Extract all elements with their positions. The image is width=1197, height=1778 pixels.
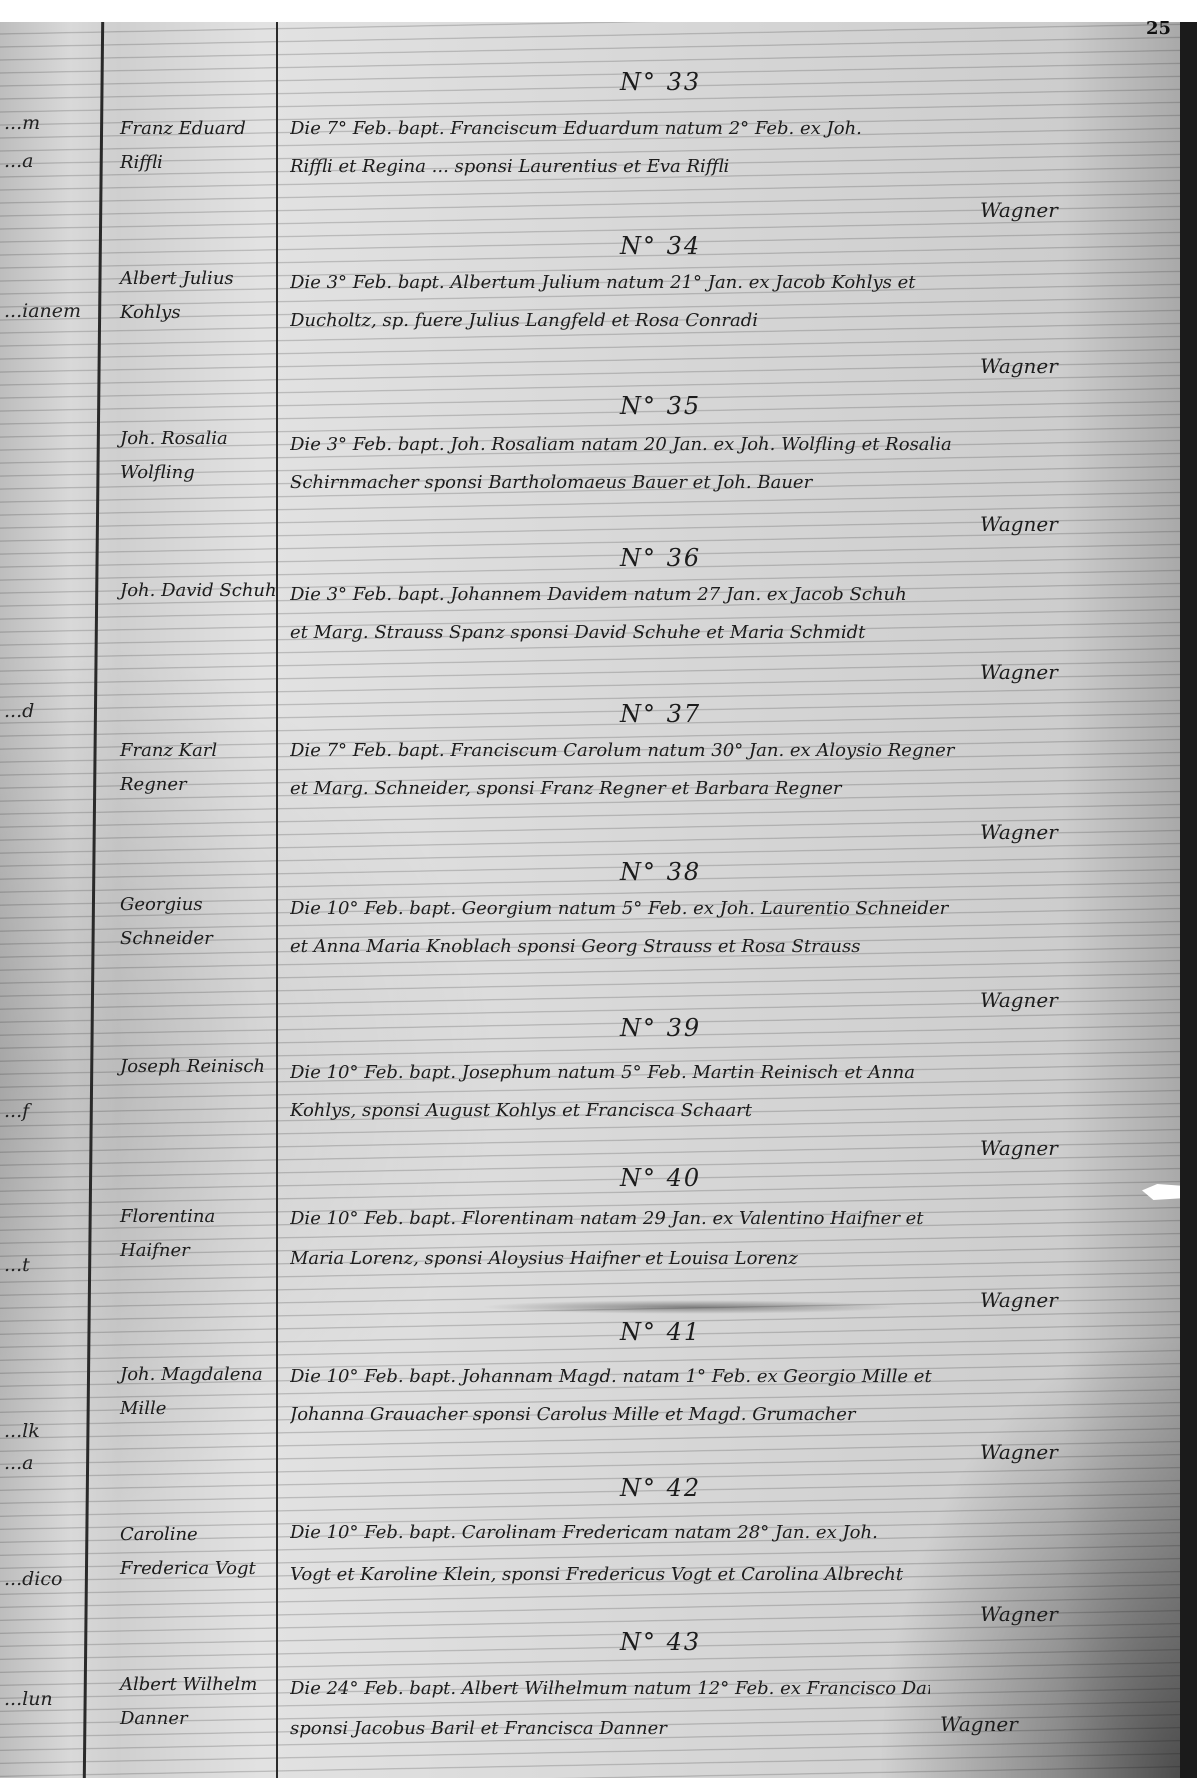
record-line: Die 10° Feb. bapt. Florentinam natam 29 …: [290, 1202, 1150, 1236]
record-line: Die 10° Feb. bapt. Johannam Magd. natam …: [290, 1360, 1150, 1394]
officiant-signature: Wagner: [980, 354, 1058, 378]
margin-fragment: ...a: [4, 150, 33, 172]
child-name: Albert Julius Kohlys: [120, 262, 280, 330]
child-name: Georgius Schneider: [120, 888, 280, 956]
officiant-signature: Wagner: [980, 1136, 1058, 1160]
record-line: Die 7° Feb. bapt. Franciscum Eduardum na…: [290, 112, 1150, 146]
record-line: Die 10° Feb. bapt. Carolinam Fredericam …: [290, 1516, 1150, 1550]
officiant-signature: Wagner: [980, 512, 1058, 536]
record-line: Die 3° Feb. bapt. Joh. Rosaliam natam 20…: [290, 428, 1150, 462]
margin-fragment: ...m: [4, 112, 40, 134]
officiant-signature: Wagner: [980, 1440, 1058, 1464]
child-name: Caroline Frederica Vogt: [120, 1518, 280, 1586]
child-name: Joh. Magdalena Mille: [120, 1358, 280, 1426]
officiant-signature: Wagner: [940, 1712, 1018, 1736]
child-name: Joseph Reinisch: [120, 1050, 280, 1084]
record-line: Die 3° Feb. bapt. Johannem Davidem natum…: [290, 578, 1150, 612]
margin-fragment: ...ianem: [4, 300, 81, 322]
record-line: Schirnmacher sponsi Bartholomaeus Bauer …: [290, 466, 1150, 500]
entry-number: N° 39: [620, 1014, 701, 1042]
child-name: Joh. David Schuh: [120, 574, 280, 608]
officiant-signature: Wagner: [980, 198, 1058, 222]
record-line: Die 10° Feb. bapt. Josephum natum 5° Feb…: [290, 1056, 1150, 1090]
child-name: Franz Eduard Riffli: [120, 112, 280, 180]
record-line: Maria Lorenz, sponsi Aloysius Haifner et…: [290, 1242, 1150, 1276]
record-line: Ducholtz, sp. fuere Julius Langfeld et R…: [290, 304, 1150, 338]
entry-number: N° 36: [620, 544, 701, 572]
entry-number: N° 35: [620, 392, 701, 420]
record-line: Die 7° Feb. bapt. Franciscum Carolum nat…: [290, 734, 1150, 768]
entry-number: N° 38: [620, 858, 701, 886]
record-line: Riffli et Regina ... sponsi Laurentius e…: [290, 150, 1150, 184]
record-line: Vogt et Karoline Klein, sponsi Fredericu…: [290, 1558, 1150, 1592]
child-name: Franz Karl Regner: [120, 734, 280, 802]
officiant-signature: Wagner: [980, 1602, 1058, 1626]
record-line: Die 10° Feb. bapt. Georgium natum 5° Feb…: [290, 892, 1150, 926]
margin-fragment: ...lk: [4, 1420, 40, 1442]
entry-number: N° 34: [620, 232, 701, 260]
margin-fragment: ...lun: [4, 1688, 53, 1710]
officiant-signature: Wagner: [980, 1288, 1058, 1312]
scan-edge-shadow: [1180, 22, 1197, 1778]
record-line: et Anna Maria Knoblach sponsi Georg Stra…: [290, 930, 1150, 964]
record-line: et Marg. Strauss Spanz sponsi David Schu…: [290, 616, 1150, 650]
margin-fragment: ...dico: [4, 1568, 62, 1590]
entry-number: N° 33: [620, 68, 701, 96]
margin-fragment: ...a: [4, 1452, 33, 1474]
page-number: 25: [1146, 18, 1171, 39]
record-line: sponsi Jacobus Baril et Francisca Danner: [290, 1712, 810, 1746]
child-name: Joh. Rosalia Wolfling: [120, 422, 280, 490]
record-line: Johanna Grauacher sponsi Carolus Mille e…: [290, 1398, 1150, 1432]
record-line: Kohlys, sponsi August Kohlys et Francisc…: [290, 1094, 1150, 1128]
margin-fragment: ...d: [4, 700, 34, 722]
entry-number: N° 41: [620, 1318, 701, 1346]
officiant-signature: Wagner: [980, 660, 1058, 684]
margin-fragment: ...f: [4, 1100, 29, 1122]
child-name: Florentina Haifner: [120, 1200, 280, 1268]
ink-stain: [480, 1300, 900, 1314]
record-line: et Marg. Schneider, sponsi Franz Regner …: [290, 772, 1150, 806]
margin-fragment: ...t: [4, 1254, 30, 1276]
entry-number: N° 42: [620, 1474, 701, 1502]
record-line: Die 3° Feb. bapt. Albertum Julium natum …: [290, 266, 1150, 300]
entry-number: N° 40: [620, 1164, 701, 1192]
record-line: Die 24° Feb. bapt. Albert Wilhelmum natu…: [290, 1672, 930, 1706]
entry-number: N° 37: [620, 700, 701, 728]
officiant-signature: Wagner: [980, 820, 1058, 844]
entry-number: N° 43: [620, 1628, 701, 1656]
child-name: Albert Wilhelm Danner: [120, 1668, 280, 1736]
officiant-signature: Wagner: [980, 988, 1058, 1012]
